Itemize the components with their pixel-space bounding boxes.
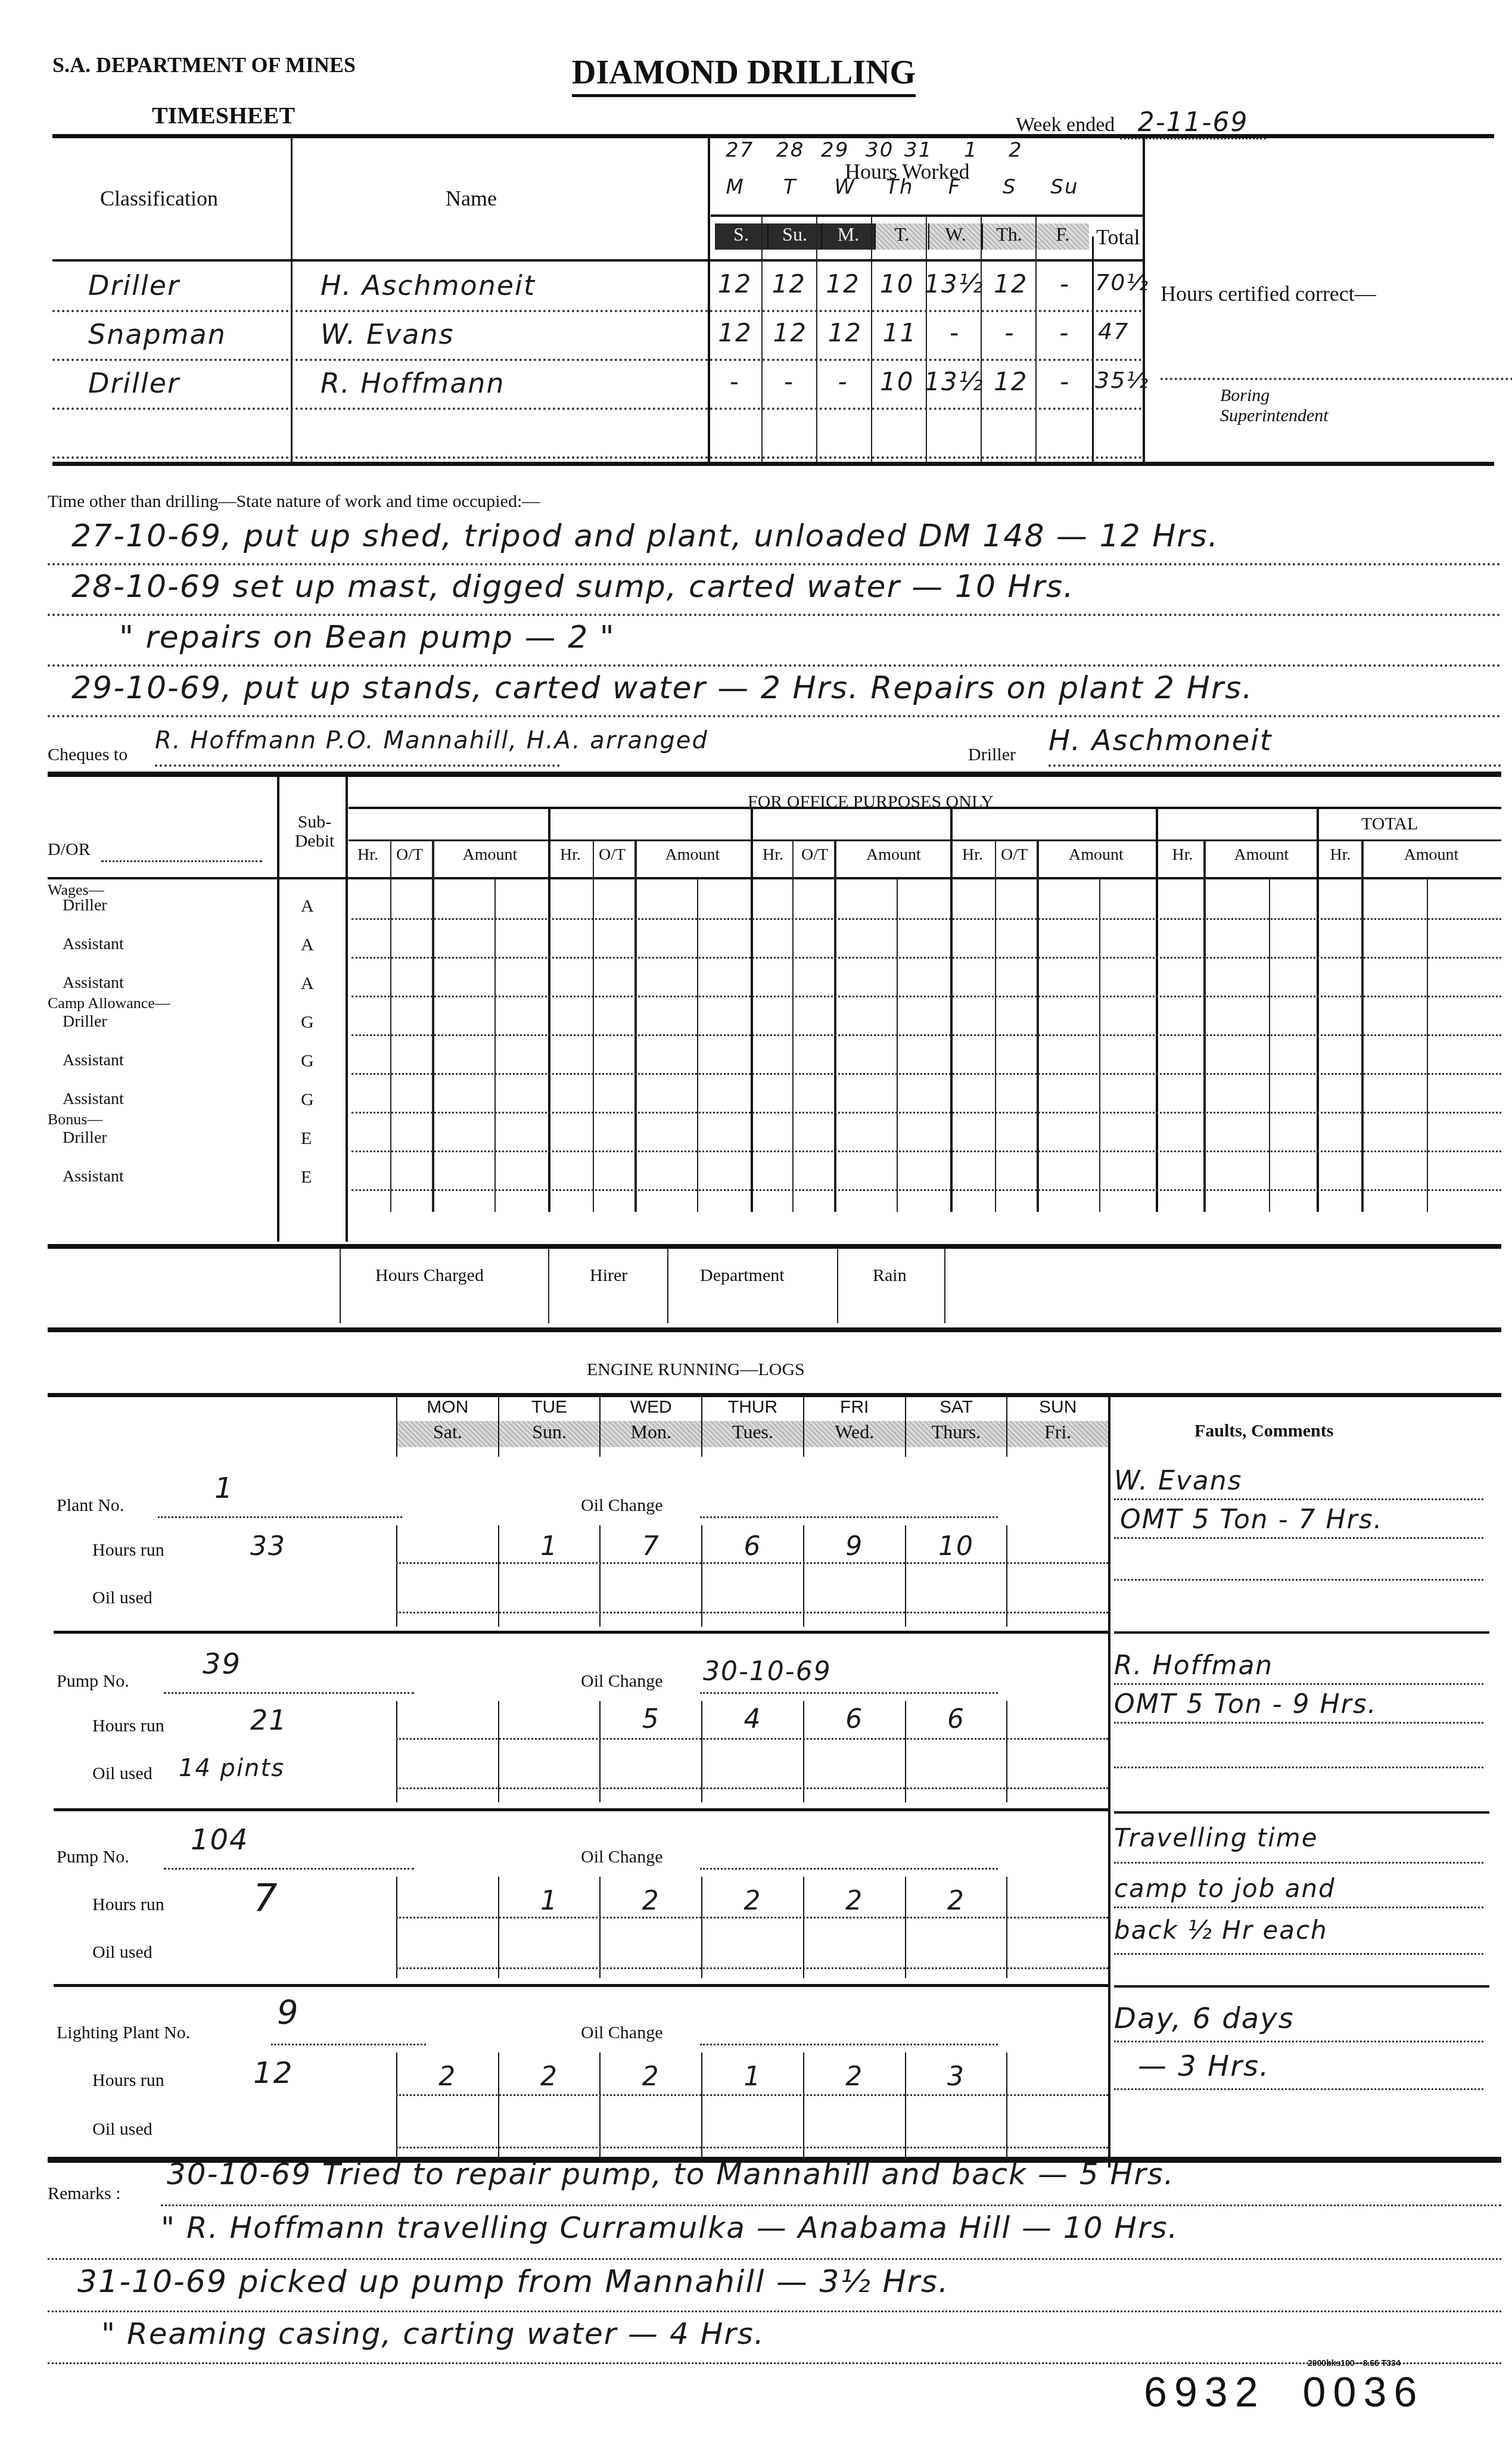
hours-cell[interactable]: 13½ <box>924 367 984 396</box>
faults-comments-label: Faults, Comments <box>1194 1421 1333 1441</box>
day-hours-cell[interactable]: 6 <box>906 1704 1007 1734</box>
timesheet-row: Driller R. Hoffmann - - - 10 13½ 12 - 35… <box>52 361 1143 410</box>
remarks-label: Remarks : <box>48 2184 120 2204</box>
comment-line[interactable]: OMT 5 Ton - 9 Hrs. <box>1114 1689 1377 1719</box>
office-row-label: Assistant <box>63 1090 124 1109</box>
sub-debit-code: E <box>301 1128 312 1149</box>
timesheet-table: Classification Name 27 28 29 30 31 1 2 H… <box>52 138 1149 463</box>
remarks-line[interactable]: " R. Hoffmann travelling Curramulka — An… <box>161 2210 1495 2245</box>
unit-number[interactable]: 9 <box>277 1993 300 2032</box>
hours-cell[interactable]: 12 <box>708 318 763 347</box>
timesheet-bottom-rule <box>52 462 1494 466</box>
hours-cell[interactable]: - <box>1037 318 1092 347</box>
hours-certified-label: Hours certified correct— <box>1161 281 1512 306</box>
office-row-label: Driller <box>63 896 107 915</box>
office-row-label: Assistant <box>63 1167 124 1186</box>
other-time-line[interactable]: 27-10-69, put up shed, tripod and plant,… <box>71 518 1489 554</box>
week-ended-label: Week ended 2-11-69 <box>1016 107 1266 138</box>
comment-block: W. Evans OMT 5 Ton - 7 Hrs. <box>1114 1466 1495 1632</box>
classification-cell[interactable]: Snapman <box>88 318 226 350</box>
comment-line[interactable]: Travelling time <box>1114 1823 1318 1852</box>
sub-debit-code: A <box>301 935 314 955</box>
col-name: Name <box>446 186 497 211</box>
day-hours-cell[interactable]: 10 <box>906 1531 1007 1562</box>
hours-run-label: Hours run <box>92 1716 164 1736</box>
comment-line[interactable]: back ½ Hr each <box>1114 1916 1328 1945</box>
office-row: Camp Allowance— Driller G <box>48 997 1501 1036</box>
hours-run-label: Hours run <box>92 1540 164 1560</box>
hours-cell[interactable]: 10 <box>870 367 924 396</box>
comment-block: Day, 6 days — 3 Hrs. <box>1114 1990 1495 2163</box>
day-hours-cell[interactable]: 2 <box>397 2061 498 2092</box>
office-row: Assistant G <box>48 1036 1501 1075</box>
hours-run-total[interactable]: 21 <box>250 1704 288 1736</box>
days-handwritten-row: M T W Th F S Su <box>708 175 1092 199</box>
hours-cell[interactable]: - <box>762 367 816 396</box>
office-row: Wages— Driller A <box>48 881 1501 920</box>
comment-line[interactable]: R. Hoffman <box>1114 1650 1273 1681</box>
hours-run-total[interactable]: 33 <box>250 1531 286 1562</box>
day-hours-cell[interactable]: 4 <box>702 1704 803 1734</box>
day-hours-cell[interactable]: 1 <box>499 1886 600 1916</box>
engine-block: Pump No. 104 Oil Change Hours run 7 Oil … <box>48 1811 1108 1987</box>
day-hours-cell[interactable]: 2 <box>804 2061 905 2092</box>
comment-line[interactable]: camp to job and <box>1114 1874 1336 1903</box>
driller-signature[interactable]: H. Aschmoneit <box>1049 724 1273 757</box>
day-hours-cell[interactable]: 2 <box>601 2061 701 2092</box>
oil-change-label: Oil Change <box>581 1495 662 1516</box>
hours-cell[interactable]: - <box>982 318 1037 347</box>
sub-debit-code: G <box>301 1051 314 1071</box>
form-title: DIAMOND DRILLING <box>572 54 916 97</box>
classification-cell[interactable]: Driller <box>88 367 180 399</box>
office-row-label: Assistant <box>63 974 124 993</box>
comments-divider <box>1108 1393 1110 2168</box>
day-hours-cell[interactable]: 2 <box>804 1886 905 1916</box>
hours-cell[interactable]: - <box>708 367 762 396</box>
day-hours-cell[interactable]: 2 <box>499 2061 600 2092</box>
dor-label: D/OR <box>48 839 91 860</box>
header-rule <box>52 134 1494 138</box>
rain-label: Rain <box>873 1265 907 1286</box>
oil-used-label: Oil used <box>92 1942 153 1963</box>
office-row: Bonus— Driller E <box>48 1114 1501 1152</box>
hours-cell[interactable]: 12 <box>984 269 1038 298</box>
col-total: Total <box>1096 225 1140 250</box>
comment-line[interactable]: OMT 5 Ton - 7 Hrs. <box>1120 1504 1383 1535</box>
remarks-line[interactable]: 30-10-69 Tried to repair pump, to Mannah… <box>167 2157 1489 2191</box>
day-hours-cell[interactable]: 6 <box>804 1704 905 1734</box>
department-label: Department <box>700 1265 785 1286</box>
timesheet-row: Snapman W. Evans 12 12 12 11 - - - 47 <box>52 312 1143 361</box>
office-row-label: Assistant <box>63 1051 124 1070</box>
hours-cell[interactable]: 11 <box>872 318 927 347</box>
timesheet-row-empty[interactable] <box>52 410 1143 459</box>
engine-block: Pump No. 39 Oil Change 30-10-69 Hours ru… <box>48 1635 1108 1811</box>
engine-day-header: MONSat. TUESun. WEDMon. THURTues. FRIWed… <box>396 1397 1108 1457</box>
total-cell[interactable]: 35½ <box>1095 367 1149 393</box>
timesheet-subtitle: TIMESHEET <box>152 101 295 129</box>
day-hours-cell[interactable]: 2 <box>702 1886 803 1916</box>
day-hours-cell[interactable]: 1 <box>499 1531 600 1562</box>
day-hours-cell[interactable]: 5 <box>601 1704 701 1734</box>
timesheet-row: Driller H. Aschmoneit 12 12 12 10 13½ 12… <box>52 263 1143 312</box>
office-row-label: Driller <box>63 1128 107 1148</box>
day-hours-cell[interactable]: 9 <box>804 1531 905 1562</box>
unit-number[interactable]: 104 <box>191 1823 249 1857</box>
sub-debit-code: G <box>301 1090 314 1110</box>
cheques-to-label: Cheques to <box>48 745 127 765</box>
hours-cell[interactable]: 13½ <box>924 269 984 298</box>
office-section: FOR OFFICE PURPOSES ONLY Sub-Debit D/OR … <box>48 777 1501 1242</box>
hours-cell[interactable]: - <box>1038 269 1092 298</box>
days-printed-row: S. Su. M. T. W. Th. F. <box>715 223 1089 250</box>
office-row: Assistant E <box>48 1152 1501 1191</box>
oil-used-label: Oil used <box>92 1588 153 1608</box>
charges-row: Hours Charged Hirer Department Rain <box>48 1249 1501 1323</box>
name-cell[interactable]: W. Evans <box>321 318 455 350</box>
week-ended-text: Week ended <box>1016 114 1115 136</box>
sub-debit-code: G <box>301 1012 314 1033</box>
department-name: S.A. DEPARTMENT OF MINES <box>52 52 356 77</box>
hours-cell[interactable]: 12 <box>762 269 816 298</box>
office-row-label: Assistant <box>63 935 124 954</box>
unit-label: Pump No. <box>57 1847 129 1867</box>
sub-debit-code: E <box>301 1167 312 1187</box>
hours-run-label: Hours run <box>92 1895 164 1915</box>
oil-change-label: Oil Change <box>581 1671 662 1691</box>
print-code: 2000bks100—8.66 T334 <box>1308 2358 1401 2368</box>
oil-change-value[interactable]: 30-10-69 <box>703 1656 832 1687</box>
engine-block: Lighting Plant No. 9 Oil Change Hours ru… <box>48 1987 1108 2166</box>
classification-cell[interactable]: Driller <box>88 269 180 301</box>
col-classification: Classification <box>100 186 218 211</box>
remarks-line[interactable]: " Reaming casing, carting water — 4 Hrs. <box>101 2316 1471 2351</box>
unit-label: Pump No. <box>57 1671 129 1691</box>
comment-block: R. Hoffman OMT 5 Ton - 9 Hrs. <box>1114 1632 1495 1811</box>
oil-change-label: Oil Change <box>581 1847 662 1867</box>
office-row: Assistant A <box>48 920 1501 959</box>
hours-cell[interactable]: 12 <box>708 269 762 298</box>
oil-change-label: Oil Change <box>581 2023 662 2043</box>
name-cell[interactable]: R. Hoffmann <box>321 367 505 399</box>
comment-block: Travelling time camp to job and back ½ H… <box>1114 1811 1495 1990</box>
day-hours-cell[interactable]: 2 <box>601 1886 701 1916</box>
sub-debit-code: A <box>301 896 314 916</box>
hours-charged-label: Hours Charged <box>375 1265 484 1286</box>
hours-cell[interactable]: - <box>816 367 870 396</box>
oil-used-label: Oil used <box>92 2119 153 2140</box>
day-hours-cell[interactable]: 1 <box>702 2061 803 2092</box>
day-hours-cell[interactable]: 2 <box>906 1886 1007 1916</box>
hours-cell[interactable]: 12 <box>763 318 817 347</box>
document-number: 6932 0036 <box>1144 2368 1424 2416</box>
day-hours-cell[interactable]: 3 <box>906 2061 1007 2092</box>
unit-number[interactable]: 39 <box>203 1647 241 1681</box>
hirer-label: Hirer <box>590 1265 627 1286</box>
unit-label: Lighting Plant No. <box>57 2023 190 2043</box>
other-time-line[interactable]: 28-10-69 set up mast, digged sump, carte… <box>71 569 1489 605</box>
engine-logs-title: ENGINE RUNNING—LOGS <box>587 1360 805 1380</box>
comment-line[interactable]: — 3 Hrs. <box>1138 2050 1270 2083</box>
hours-cell[interactable]: 10 <box>870 269 924 298</box>
comment-line[interactable]: W. Evans <box>1114 1466 1243 1496</box>
engine-block: Plant No. 1 Oil Change Hours run 33 Oil … <box>48 1460 1108 1635</box>
other-time-line[interactable]: 29-10-69, put up stands, carted water — … <box>71 670 1489 706</box>
sub-debit-code: A <box>301 974 314 994</box>
hours-cell[interactable]: 12 <box>817 318 872 347</box>
unit-label: Plant No. <box>57 1495 124 1516</box>
day-hours-cell[interactable]: 6 <box>702 1531 803 1562</box>
office-row: Assistant G <box>48 1075 1501 1114</box>
sub-debit-label: Sub-Debit <box>285 813 344 851</box>
other-time-label: Time other than drilling—State nature of… <box>48 492 540 512</box>
hours-run-label: Hours run <box>92 2070 164 2091</box>
day-hours-cell[interactable]: 7 <box>601 1531 701 1562</box>
comment-line[interactable]: Day, 6 days <box>1114 2002 1295 2035</box>
driller-label: Driller <box>968 745 1016 765</box>
hours-run-total[interactable]: 12 <box>253 2056 294 2090</box>
hours-cell[interactable]: - <box>1038 367 1092 396</box>
remarks-line[interactable]: 31-10-69 picked up pump from Mannahill —… <box>77 2264 1448 2300</box>
total-cell[interactable]: 47 <box>1098 318 1129 344</box>
oil-used-label: Oil used <box>92 1764 153 1784</box>
office-row-label: Driller <box>63 1012 107 1031</box>
hours-cell[interactable]: - <box>928 318 982 347</box>
name-cell[interactable]: H. Aschmoneit <box>321 269 536 301</box>
other-time-line[interactable]: " repairs on Bean pump — 2 " <box>119 620 1489 655</box>
total-group-label: TOTAL <box>1361 814 1418 834</box>
oil-used-value[interactable]: 14 pints <box>179 1755 285 1782</box>
total-cell[interactable]: 70½ <box>1095 269 1149 296</box>
hours-cell[interactable]: 12 <box>984 367 1038 396</box>
unit-number[interactable]: 1 <box>214 1472 234 1505</box>
hours-cell[interactable]: 12 <box>816 269 870 298</box>
office-row: Assistant A <box>48 959 1501 997</box>
hours-run-total[interactable]: 7 <box>253 1877 279 1921</box>
cheques-to-value[interactable]: R. Hoffmann P.O. Mannahill, H.A. arrange… <box>155 727 708 754</box>
superintendent-label: Boring Superintendent <box>1220 385 1329 426</box>
superintendent-signature-line[interactable] <box>1161 378 1512 380</box>
